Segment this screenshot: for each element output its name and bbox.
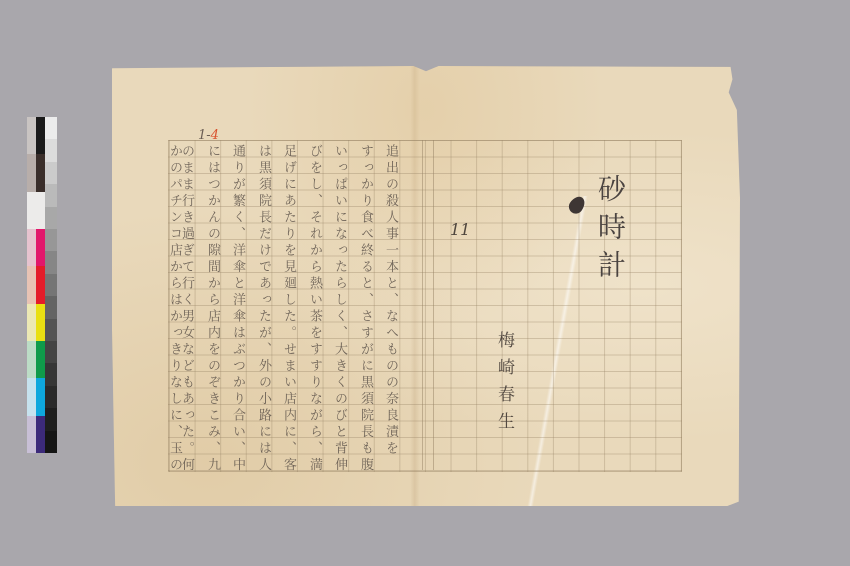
page-marker: 1-4 bbox=[198, 128, 219, 143]
checker-swatch-grey-4 bbox=[45, 207, 57, 229]
checker-swatch-grey-5 bbox=[45, 229, 57, 251]
checker-swatch-grey-3 bbox=[45, 184, 57, 206]
checker-swatch-grey-14 bbox=[45, 431, 57, 453]
checker-swatch-saturated-1 bbox=[36, 154, 45, 191]
color-calibration-chart bbox=[27, 117, 57, 453]
checker-swatch-saturated-4 bbox=[36, 266, 45, 303]
checker-swatch-grey-11 bbox=[45, 363, 57, 385]
text-column-2: すっかり食べ終ると、さすがに黒須院長も腹 bbox=[359, 144, 372, 474]
chapter-number: 11 bbox=[450, 220, 470, 239]
text-column-10: かのパチンコ店からはかっきりなしに、玉の bbox=[168, 144, 181, 474]
text-column-3: いっぱいになったらしく、大きくのびと背伸 bbox=[333, 144, 346, 474]
checker-swatch-grey-7 bbox=[45, 274, 57, 296]
manuscript-title: 砂時計 bbox=[590, 174, 630, 288]
checker-swatch-grey-1 bbox=[45, 139, 57, 161]
checker-swatch-saturated-8 bbox=[36, 416, 45, 453]
center-gutter bbox=[422, 140, 434, 470]
checker-swatch-grey-2 bbox=[45, 162, 57, 184]
text-column-1: 追出の殺人事一本と、なへものの奈良漬を bbox=[384, 144, 397, 458]
checker-swatch-saturated-6 bbox=[36, 341, 45, 378]
text-column-6: は黒須院長だけであったが、外の小路には人 bbox=[257, 144, 270, 474]
checker-swatch-saturated-3 bbox=[36, 229, 45, 266]
checker-swatch-saturated-2 bbox=[36, 192, 45, 229]
checker-swatch-grey-8 bbox=[45, 296, 57, 318]
checker-swatch-grey-10 bbox=[45, 341, 57, 363]
text-column-8: にはつかんの隙間から店内をのぞきこみ、九 bbox=[206, 144, 219, 474]
checker-swatch-grey-0 bbox=[45, 117, 57, 139]
page-marker-red: 4 bbox=[211, 128, 219, 143]
text-column-7: 通りが繁く、洋傘と洋傘はぶつかり合い、中 bbox=[231, 144, 244, 474]
manuscript-sheet: 1-4 追出の殺人事一本と、なへものの奈良漬を すっかり食べ終ると、さすがに黒須… bbox=[112, 66, 740, 506]
checker-saturated-column bbox=[36, 117, 45, 453]
checker-grey-ramp bbox=[45, 117, 57, 453]
checker-swatch-grey-13 bbox=[45, 408, 57, 430]
text-column-5: 足げにあたりを見廻した。せまい店内に、客 bbox=[282, 144, 295, 474]
author-name: 梅崎春生 bbox=[492, 331, 517, 439]
checker-swatch-saturated-0 bbox=[36, 117, 45, 154]
checker-swatch-grey-9 bbox=[45, 319, 57, 341]
page-marker-pencil: 1- bbox=[198, 128, 211, 143]
checker-swatch-grey-6 bbox=[45, 251, 57, 273]
checker-swatch-grey-12 bbox=[45, 386, 57, 408]
text-column-4: びをし、それから熱い茶をすすりながら、満 bbox=[308, 144, 321, 474]
checker-swatch-saturated-5 bbox=[36, 304, 45, 341]
checker-swatch-saturated-7 bbox=[36, 378, 45, 415]
photo-stage: 1-4 追出の殺人事一本と、なへものの奈良漬を すっかり食べ終ると、さすがに黒須… bbox=[0, 0, 850, 566]
